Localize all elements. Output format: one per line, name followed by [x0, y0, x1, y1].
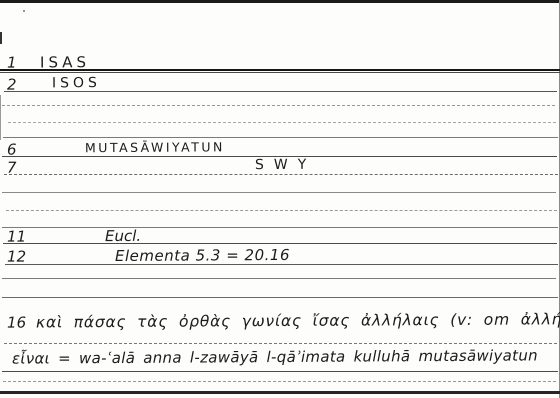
ruled-line	[2, 105, 555, 106]
ruled-line	[2, 192, 556, 193]
scan-speck	[23, 10, 25, 12]
entry-row: 7 SWY	[0, 155, 560, 178]
entry-number: 16	[7, 314, 33, 332]
ruled-line	[3, 381, 556, 382]
ruled-line	[6, 210, 557, 211]
ruled-line	[2, 297, 558, 298]
ruled-line	[8, 122, 556, 123]
ruled-line	[2, 371, 558, 372]
entry-number: 1	[7, 54, 33, 72]
bottom-edge-bar	[0, 391, 560, 394]
entry-row: 16 καὶ πάσας τὰς ὀρθὰς γωνίας ἴσας ἀλλήλ…	[0, 310, 560, 333]
entry-row: εἶναι = wa-ʿalā anna l-zawāyā l-qāʾimata…	[0, 346, 560, 369]
ruled-line	[2, 278, 556, 279]
entry-text: ISAS	[40, 53, 90, 71]
entry-text: Elementa 5.3 = 20.16	[115, 246, 290, 265]
entry-row: 2 ISOS	[0, 72, 560, 95]
left-edge-mark	[0, 95, 1, 140]
entry-text: MUTASĀWIYATUN	[85, 139, 225, 155]
entry-text: Eucl.	[105, 227, 141, 245]
left-edge-mark	[0, 32, 2, 44]
ruled-line	[4, 343, 557, 344]
entry-text: καὶ πάσας τὰς ὀρθὰς γωνίας ἴσας ἀλλήλαις…	[36, 310, 560, 331]
entry-number: 7	[7, 159, 33, 177]
entry-row: 12 Elementa 5.3 = 20.16	[0, 244, 560, 267]
entry-row: 1 ISAS	[0, 50, 560, 73]
index-card: 1 ISAS 2 ISOS 6 MUTASĀWIYATUN 7 SWY 11 E…	[0, 0, 560, 398]
entry-text: ISOS	[52, 75, 101, 91]
entry-number: 11	[7, 228, 33, 246]
entry-number: 2	[7, 76, 33, 94]
entry-number: 6	[7, 141, 33, 159]
top-edge-line	[0, 0, 560, 3]
entry-text: SWY	[255, 157, 316, 173]
entry-text: εἶναι = wa-ʿalā anna l-zawāyā l-qāʾimata…	[12, 346, 538, 367]
entry-number: 12	[7, 248, 33, 266]
